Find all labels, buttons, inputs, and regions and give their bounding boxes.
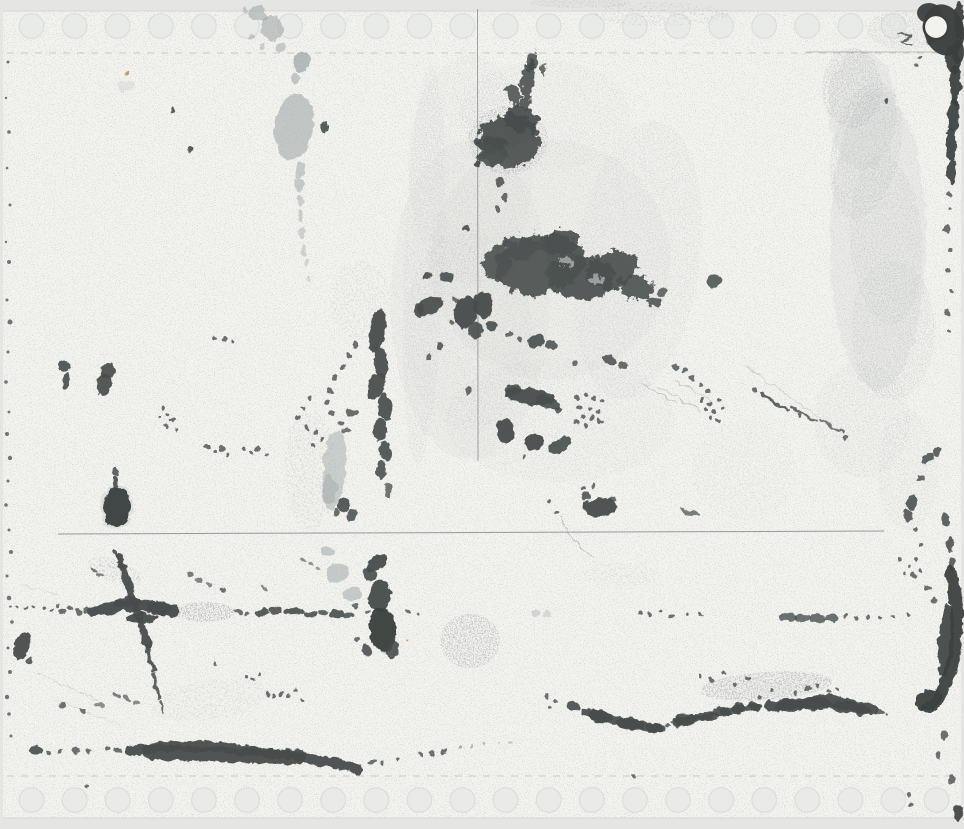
- edge-speck: [6, 299, 9, 302]
- ink-blob: [502, 192, 507, 202]
- ink-blob: [804, 685, 810, 691]
- ink-blob: [374, 612, 378, 616]
- ink-blob: [301, 244, 307, 256]
- edge-speck: [8, 456, 12, 460]
- edge-speck: [7, 647, 10, 650]
- ink-blob: [600, 399, 605, 404]
- ink-blob: [442, 750, 446, 754]
- ink-blob: [590, 417, 595, 422]
- edge-speck: [4, 503, 8, 507]
- ink-blob: [878, 616, 882, 620]
- ink-blob: [779, 613, 797, 621]
- ink-blob: [618, 362, 628, 370]
- ink-blob: [404, 611, 410, 614]
- ink-blob: [690, 375, 696, 381]
- ink-blob: [658, 610, 662, 614]
- ink-blob: [347, 509, 357, 521]
- ink-blob: [114, 747, 122, 753]
- ink-blob: [406, 640, 409, 643]
- ink-blob: [919, 568, 923, 572]
- sprocket-hole: [838, 788, 863, 813]
- ink-blob: [295, 162, 305, 178]
- ink-blob: [518, 335, 524, 341]
- ink-blob: [250, 451, 254, 455]
- ink-blob: [244, 612, 250, 616]
- ink-blob: [497, 742, 500, 745]
- ink-blob: [926, 586, 931, 591]
- ink-blob: [496, 205, 500, 213]
- ink-blob: [548, 705, 552, 709]
- ink-blob: [33, 606, 36, 609]
- ring-ink-blob: [952, 40, 964, 64]
- ink-blob: [171, 107, 176, 113]
- ink-blob: [665, 723, 671, 729]
- edge-speck: [10, 620, 14, 624]
- sprocket-hole: [450, 788, 475, 813]
- ink-blob: [314, 430, 319, 435]
- ink-blob: [347, 354, 352, 359]
- ink-blob: [329, 411, 335, 417]
- ink-blob: [919, 55, 923, 59]
- sprocket-hole: [536, 14, 561, 39]
- ink-blob: [304, 426, 308, 430]
- ink-blob: [369, 760, 375, 764]
- ink-blob: [295, 178, 303, 192]
- ink-blob: [554, 510, 558, 514]
- sprocket-hole: [493, 14, 518, 39]
- ink-blob: [310, 443, 314, 447]
- ink-blob: [843, 614, 848, 619]
- ink-blob: [303, 611, 317, 617]
- ink-blob: [114, 467, 119, 477]
- sprocket-hole: [105, 788, 130, 813]
- ink-blob: [317, 609, 327, 615]
- sprocket-hole: [19, 14, 44, 39]
- edge-speck: [7, 712, 11, 716]
- ink-blob: [376, 461, 386, 479]
- sprocket-hole: [666, 788, 691, 813]
- ink-blob: [828, 50, 896, 170]
- ink-blob: [584, 394, 589, 399]
- edge-speck: [8, 320, 13, 325]
- sprocket-hole: [62, 14, 87, 39]
- ink-blob: [72, 747, 80, 753]
- ink-blob: [902, 570, 906, 574]
- ink-blob: [245, 674, 249, 678]
- ink-blob: [509, 741, 512, 744]
- ink-blob: [301, 406, 305, 410]
- ink-blob: [795, 614, 811, 622]
- ink-blob: [297, 194, 304, 206]
- ink-blob: [220, 446, 225, 451]
- ink-blob: [220, 588, 226, 592]
- ink-blob: [581, 414, 586, 419]
- edge-speck: [6, 575, 9, 578]
- sprocket-hole: [321, 14, 346, 39]
- ink-blob: [164, 425, 168, 429]
- ink-blob: [554, 699, 559, 704]
- ink-blob: [280, 692, 285, 697]
- ink-blob: [810, 615, 826, 623]
- ink-blob: [395, 758, 399, 762]
- ink-blob: [320, 438, 324, 442]
- stipple-patch: [175, 602, 235, 622]
- ink-blob: [914, 528, 919, 533]
- ink-blob: [469, 322, 483, 338]
- ink-blob: [670, 614, 674, 618]
- ink-blob: [17, 606, 20, 609]
- ink-blob: [698, 674, 702, 678]
- ink-blob: [898, 558, 903, 563]
- ink-blob: [716, 419, 720, 423]
- ink-blob: [75, 609, 82, 615]
- sprocket-hole: [149, 14, 174, 39]
- sprocket-hole: [62, 788, 87, 813]
- ink-blob: [463, 225, 469, 232]
- edge-speck: [4, 380, 8, 384]
- ink-blob: [483, 743, 486, 746]
- ink-blob: [67, 606, 73, 611]
- ink-blob: [301, 699, 304, 702]
- ink-blob: [334, 376, 339, 381]
- sprocket-hole: [924, 788, 949, 813]
- ink-blob: [946, 268, 951, 273]
- ink-blob: [304, 259, 309, 267]
- ink-blob: [525, 434, 543, 450]
- ink-blob: [576, 396, 581, 401]
- ink-blob: [686, 612, 690, 616]
- sprocket-hole: [407, 14, 432, 39]
- ink-blob: [854, 616, 858, 620]
- ink-blob: [941, 731, 947, 739]
- sprocket-hole: [235, 788, 260, 813]
- ink-blob: [292, 73, 300, 83]
- sprocket-hole: [407, 788, 432, 813]
- ink-blob: [60, 704, 65, 709]
- ink-blob: [56, 604, 60, 608]
- ink-blob: [946, 129, 956, 161]
- ink-blob: [598, 419, 603, 424]
- ink-blob: [753, 388, 758, 393]
- ink-blob: [248, 34, 256, 40]
- ink-blob: [50, 608, 54, 612]
- edge-speck: [5, 432, 9, 436]
- ink-blob: [608, 496, 616, 502]
- ink-blob: [171, 419, 176, 424]
- ring-hole: [925, 16, 947, 38]
- ink-blob: [946, 193, 951, 198]
- ink-blob: [698, 383, 703, 388]
- ink-blob: [356, 637, 361, 642]
- ink-blob: [906, 564, 910, 568]
- ink-blob: [673, 363, 679, 369]
- ink-blob: [353, 604, 358, 609]
- ink-blob: [257, 672, 261, 676]
- ink-blob: [441, 272, 453, 282]
- ink-blob: [522, 455, 526, 459]
- ink-blob: [578, 405, 583, 410]
- ink-blob: [174, 428, 178, 432]
- ink-blob: [545, 695, 549, 699]
- ink-blob: [459, 747, 462, 750]
- ink-blob: [251, 677, 255, 681]
- ink-blob: [705, 388, 711, 394]
- ink-blob: [213, 336, 218, 340]
- sprocket-hole: [580, 788, 605, 813]
- ink-blob: [413, 303, 425, 317]
- sprocket-hole: [192, 788, 217, 813]
- ink-blob: [554, 406, 562, 412]
- ink-blob: [418, 753, 422, 757]
- ink-blob: [87, 785, 90, 788]
- ink-blob: [321, 476, 337, 504]
- ink-blob: [353, 342, 359, 348]
- ink-stroke: [94, 605, 173, 612]
- ink-blob: [242, 447, 247, 452]
- ink-blob: [284, 608, 304, 616]
- ink-blob: [596, 409, 601, 414]
- ink-blob: [308, 396, 313, 401]
- ink-blob: [647, 297, 663, 307]
- sprocket-hole: [623, 788, 648, 813]
- ink-blob: [709, 402, 714, 407]
- ink-blob: [430, 752, 435, 757]
- sprocket-hole: [364, 788, 389, 813]
- edge-speck: [7, 351, 10, 354]
- sprocket-hole: [752, 788, 777, 813]
- ink-blob: [161, 406, 166, 411]
- edge-speck: [9, 550, 13, 554]
- ink-blob: [710, 678, 715, 683]
- ink-blob: [221, 337, 227, 342]
- ink-blob: [324, 400, 329, 405]
- ink-blob: [947, 97, 959, 133]
- ink-blob: [575, 419, 579, 423]
- ink-blob: [339, 364, 345, 370]
- ink-blob: [734, 682, 738, 686]
- ink-blob: [24, 606, 28, 610]
- ink-blob: [276, 43, 286, 51]
- ink-blob: [259, 44, 265, 50]
- ink-blob: [592, 396, 597, 401]
- sprocket-hole: [795, 14, 820, 39]
- ink-blob: [758, 694, 762, 698]
- ink-blob: [698, 613, 702, 617]
- ink-blob: [825, 615, 839, 622]
- ink-blob: [581, 493, 591, 501]
- stipple-patch: [580, 563, 660, 587]
- ink-blob: [320, 546, 334, 556]
- ink-blob: [826, 690, 830, 694]
- ink-blob: [648, 613, 653, 618]
- ink-blob: [638, 611, 642, 615]
- ink-blob: [709, 416, 713, 420]
- ink-blob: [717, 398, 721, 402]
- ink-mass-blob: [540, 65, 546, 77]
- ink-blob: [588, 407, 593, 412]
- ink-blob: [231, 339, 236, 343]
- edge-speck: [7, 596, 12, 601]
- sprocket-hole: [149, 788, 174, 813]
- ink-blob: [953, 804, 963, 820]
- edge-speck: [5, 695, 9, 699]
- ink-blob: [944, 223, 950, 233]
- sprocket-hole: [493, 788, 518, 813]
- ink-blob: [333, 508, 339, 516]
- ink-blob: [793, 692, 797, 696]
- ink-blob: [816, 684, 821, 689]
- ink-blob: [931, 597, 937, 603]
- edge-speck: [7, 260, 11, 264]
- ink-blob: [298, 209, 304, 223]
- ink-blob: [949, 290, 953, 294]
- ink-blob: [471, 745, 474, 748]
- ink-blob: [58, 609, 66, 615]
- ink-blob: [836, 686, 840, 690]
- ink-blob: [722, 672, 726, 676]
- ink-blob: [632, 775, 636, 779]
- ink-blob: [936, 752, 941, 758]
- ink-blob: [887, 712, 890, 715]
- ink-blob: [486, 321, 496, 331]
- ink-blob: [427, 354, 432, 360]
- ink-blob: [904, 510, 912, 522]
- ink-blob: [920, 543, 924, 547]
- ink-blob: [572, 361, 578, 367]
- ink-blob: [307, 274, 311, 282]
- ink-blob: [85, 749, 91, 754]
- edge-speck: [5, 97, 7, 99]
- ink-blob: [932, 448, 942, 456]
- ink-blob: [911, 574, 916, 579]
- ink-blob: [327, 387, 333, 393]
- ink-blob: [944, 309, 950, 315]
- ink-blob: [380, 761, 385, 765]
- ink-blob: [47, 750, 53, 754]
- sprocket-hole: [321, 788, 346, 813]
- ink-blob: [256, 447, 260, 451]
- sprocket-hole: [450, 14, 475, 39]
- ink-blob: [474, 161, 480, 167]
- sprocket-hole: [536, 788, 561, 813]
- ink-blob: [770, 688, 775, 693]
- edge-speck: [7, 61, 10, 64]
- ink-blob: [266, 692, 270, 696]
- ink-blob: [166, 412, 170, 416]
- ink-blob: [42, 606, 46, 610]
- ink-blob: [946, 537, 954, 553]
- ink-blob: [585, 424, 589, 428]
- ink-blob: [948, 248, 952, 252]
- ink-blob: [299, 227, 305, 239]
- sprocket-hole: [795, 788, 820, 813]
- ink-blob: [916, 475, 924, 482]
- edge-speck: [7, 480, 10, 483]
- ink-blob: [213, 663, 216, 666]
- ink-blob: [416, 612, 421, 615]
- ink-blob: [948, 328, 952, 332]
- ink-blob: [948, 208, 952, 212]
- ink-blob: [844, 435, 849, 440]
- ink-blob: [437, 342, 443, 350]
- ink-blob: [497, 178, 503, 188]
- edge-speck: [8, 529, 11, 532]
- ink-blob: [712, 410, 717, 415]
- ink-blob: [366, 610, 370, 614]
- ink-blob: [213, 449, 217, 453]
- ink-blob: [949, 775, 955, 785]
- ink-blob: [338, 422, 343, 427]
- ink-blob: [328, 610, 344, 618]
- sprocket-hole: [19, 788, 44, 813]
- ink-blob: [701, 398, 705, 402]
- edge-speck: [7, 130, 11, 134]
- sprocket-hole: [364, 14, 389, 39]
- ink-blob: [159, 415, 162, 418]
- ink-blob: [126, 72, 129, 75]
- ink-blob: [450, 320, 455, 325]
- edge-speck: [9, 204, 12, 207]
- ink-blob: [547, 501, 552, 506]
- edge-speck: [8, 411, 11, 414]
- ink-blob: [9, 605, 12, 608]
- ink-blob: [453, 297, 459, 303]
- ink-blob: [720, 406, 724, 410]
- stipple-patch: [692, 420, 796, 520]
- ink-blob: [264, 452, 268, 456]
- ink-blob: [914, 63, 918, 67]
- ink-blob: [592, 484, 597, 489]
- sprocket-hole: [709, 788, 734, 813]
- ink-blob: [947, 160, 957, 184]
- edge-speck: [8, 670, 12, 674]
- ink-blob: [914, 558, 919, 563]
- ink-blob: [205, 445, 210, 450]
- ink-blob: [272, 695, 276, 699]
- ink-blob: [422, 272, 432, 280]
- ink-blob: [26, 657, 32, 665]
- ink-blob: [866, 615, 871, 620]
- ink-blob: [531, 609, 541, 617]
- ink-blob: [234, 610, 242, 615]
- ink-blob: [270, 607, 282, 614]
- ink-blob: [505, 331, 513, 337]
- ink-blob: [242, 8, 248, 12]
- ink-blob: [343, 613, 353, 619]
- ink-blob: [105, 746, 111, 751]
- sprocket-hole: [192, 14, 217, 39]
- ink-blob: [294, 688, 298, 692]
- scanned-artwork: [0, 0, 964, 829]
- ink-blob: [287, 694, 291, 698]
- ink-blob: [884, 99, 889, 104]
- ink-blob: [543, 611, 551, 617]
- ink-blob: [58, 750, 63, 754]
- ink-blob: [704, 408, 708, 412]
- stipple-patch: [440, 614, 500, 668]
- sprocket-hole: [752, 14, 777, 39]
- sprocket-hole: [105, 14, 130, 39]
- ink-blob: [384, 483, 392, 497]
- edge-speck: [5, 241, 7, 243]
- edge-speck: [6, 167, 9, 170]
- sprocket-hole: [881, 788, 906, 813]
- ink-stroke: [150, 752, 298, 757]
- ink-blob: [682, 369, 687, 374]
- scan-page: [0, 0, 964, 829]
- sprocket-hole: [838, 14, 863, 39]
- ink-blob: [910, 803, 915, 808]
